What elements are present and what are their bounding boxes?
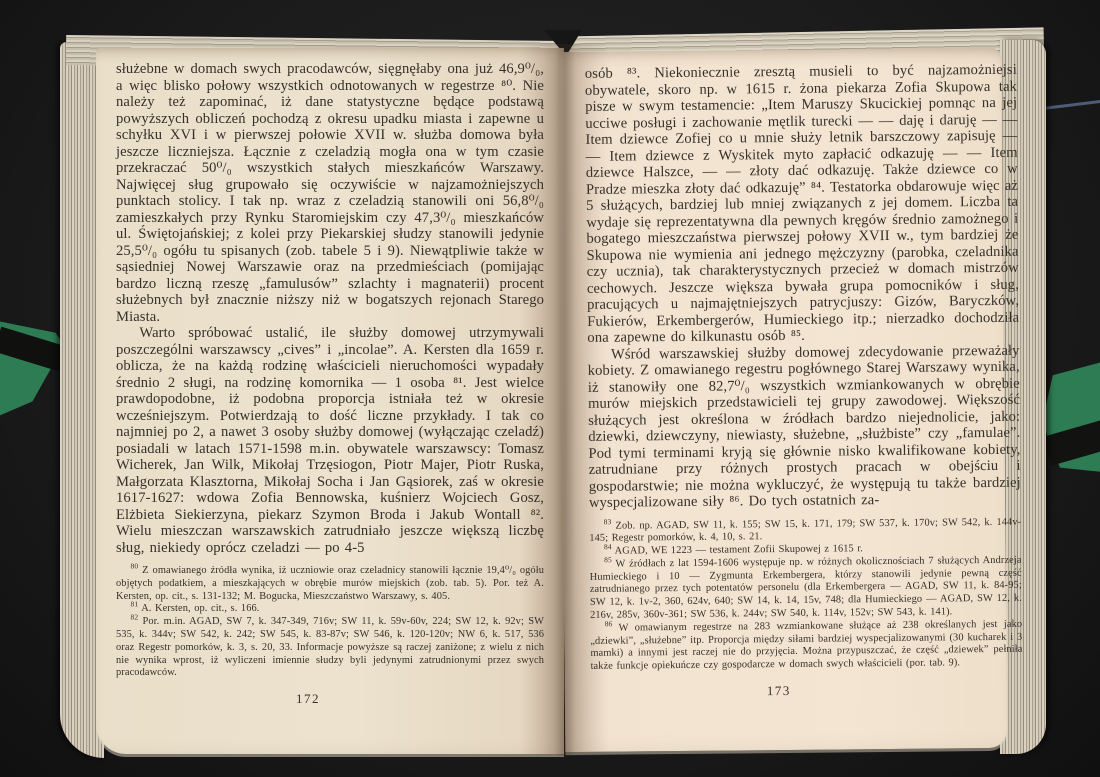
footnote-text: Z omawianego źródła wynika, iż uczniowie… <box>116 565 544 602</box>
footnote-text: A. Kersten, op. cit., s. 166. <box>141 603 259 614</box>
footnote-text: W omawianym regestrze na 283 wzmiankowan… <box>590 619 1022 673</box>
footnote-marker: 81 <box>131 600 139 609</box>
footnote: 80 Z omawianego źródła wynika, iż ucznio… <box>116 565 544 603</box>
page-number-right: 173 <box>563 681 995 702</box>
footnote-text: Por. m.in. AGAD, SW 7, k. 347-349, 716v;… <box>116 616 544 678</box>
footnote: 82 Por. m.in. AGAD, SW 7, k. 347-349, 71… <box>116 616 544 680</box>
right-page-text-block: osób ⁸³. Niekoniecznie zresztą musieli t… <box>585 62 1023 702</box>
paragraph: Warto spróbować ustalić, ile służby domo… <box>116 325 544 556</box>
footnote-marker: 85 <box>604 555 612 564</box>
left-page-text-block: służebne w domach swych pracodawców, się… <box>116 61 544 708</box>
photo-background: służebne w domach swych pracodawców, się… <box>0 0 1100 777</box>
left-page: służebne w domach swych pracodawców, się… <box>96 48 564 754</box>
footnotes-block: 80 Z omawianego źródła wynika, iż ucznio… <box>116 565 544 680</box>
paragraph: osób ⁸³. Niekoniecznie zresztą musieli t… <box>585 62 1020 347</box>
footnotes-block: 83 Zob. np. AGAD, SW 11, k. 155; SW 15, … <box>589 516 1022 674</box>
footnote-text: Zob. np. AGAD, SW 11, k. 155; SW 15, k. … <box>589 516 1021 544</box>
paragraph: Wśród warszawskiej służby domowej zdecyd… <box>587 342 1021 511</box>
page-number-left: 172 <box>94 691 522 708</box>
footnote: 86 W omawianym regestrze na 283 wzmianko… <box>590 619 1022 674</box>
footnote-marker: 84 <box>604 542 612 551</box>
paragraph: służebne w domach swych pracodawców, się… <box>116 61 544 325</box>
footnote-marker: 80 <box>131 562 139 571</box>
footnote-marker: 82 <box>131 613 139 622</box>
footnote: 81 A. Kersten, op. cit., s. 166. <box>116 603 544 616</box>
footnote-text: W źródłach z lat 1594-1606 występuje np.… <box>590 555 1022 621</box>
footnote-text: AGAD, WE 1223 — testament Zofii Skupowej… <box>615 543 863 556</box>
footnote-marker: 86 <box>605 619 613 628</box>
right-page: osób ⁸³. Niekoniecznie zresztą musieli t… <box>559 48 1008 752</box>
footnote: 85 W źródłach z lat 1594-1606 występuje … <box>590 555 1023 623</box>
footnote-marker: 83 <box>604 517 612 526</box>
